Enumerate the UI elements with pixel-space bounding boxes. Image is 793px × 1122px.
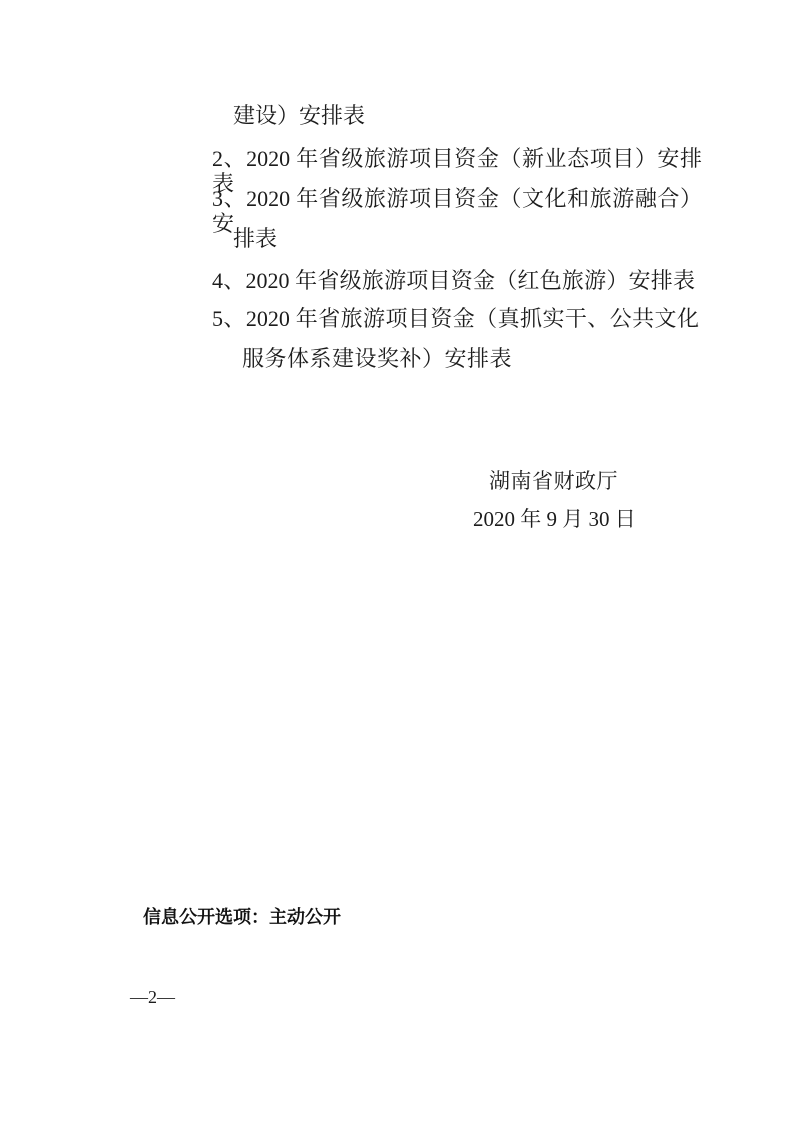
document-page: 建设）安排表 2、2020 年省级旅游项目资金（新业态项目）安排表 3、2020… bbox=[0, 0, 793, 1122]
disclosure-note: 信息公开选项：主动公开 bbox=[143, 907, 341, 929]
attachment-item-5: 5、2020 年省旅游项目资金（真抓实干、公共文化 bbox=[212, 306, 699, 331]
attachment-line-continuation-5: 服务体系建设奖补）安排表 bbox=[242, 346, 512, 371]
attachment-item-4: 4、2020 年省级旅游项目资金（红色旅游）安排表 bbox=[212, 268, 695, 293]
attachment-item-3: 3、2020 年省级旅游项目资金（文化和旅游融合）安 bbox=[212, 186, 702, 237]
attachment-line-continuation-1: 建设）安排表 bbox=[233, 103, 365, 128]
signature-issuer: 湖南省财政厅 bbox=[489, 470, 618, 493]
attachment-line-continuation-3: 排表 bbox=[233, 226, 277, 251]
signature-date: 2020 年 9 月 30 日 bbox=[473, 508, 636, 531]
page-number: —2— bbox=[130, 988, 175, 1008]
